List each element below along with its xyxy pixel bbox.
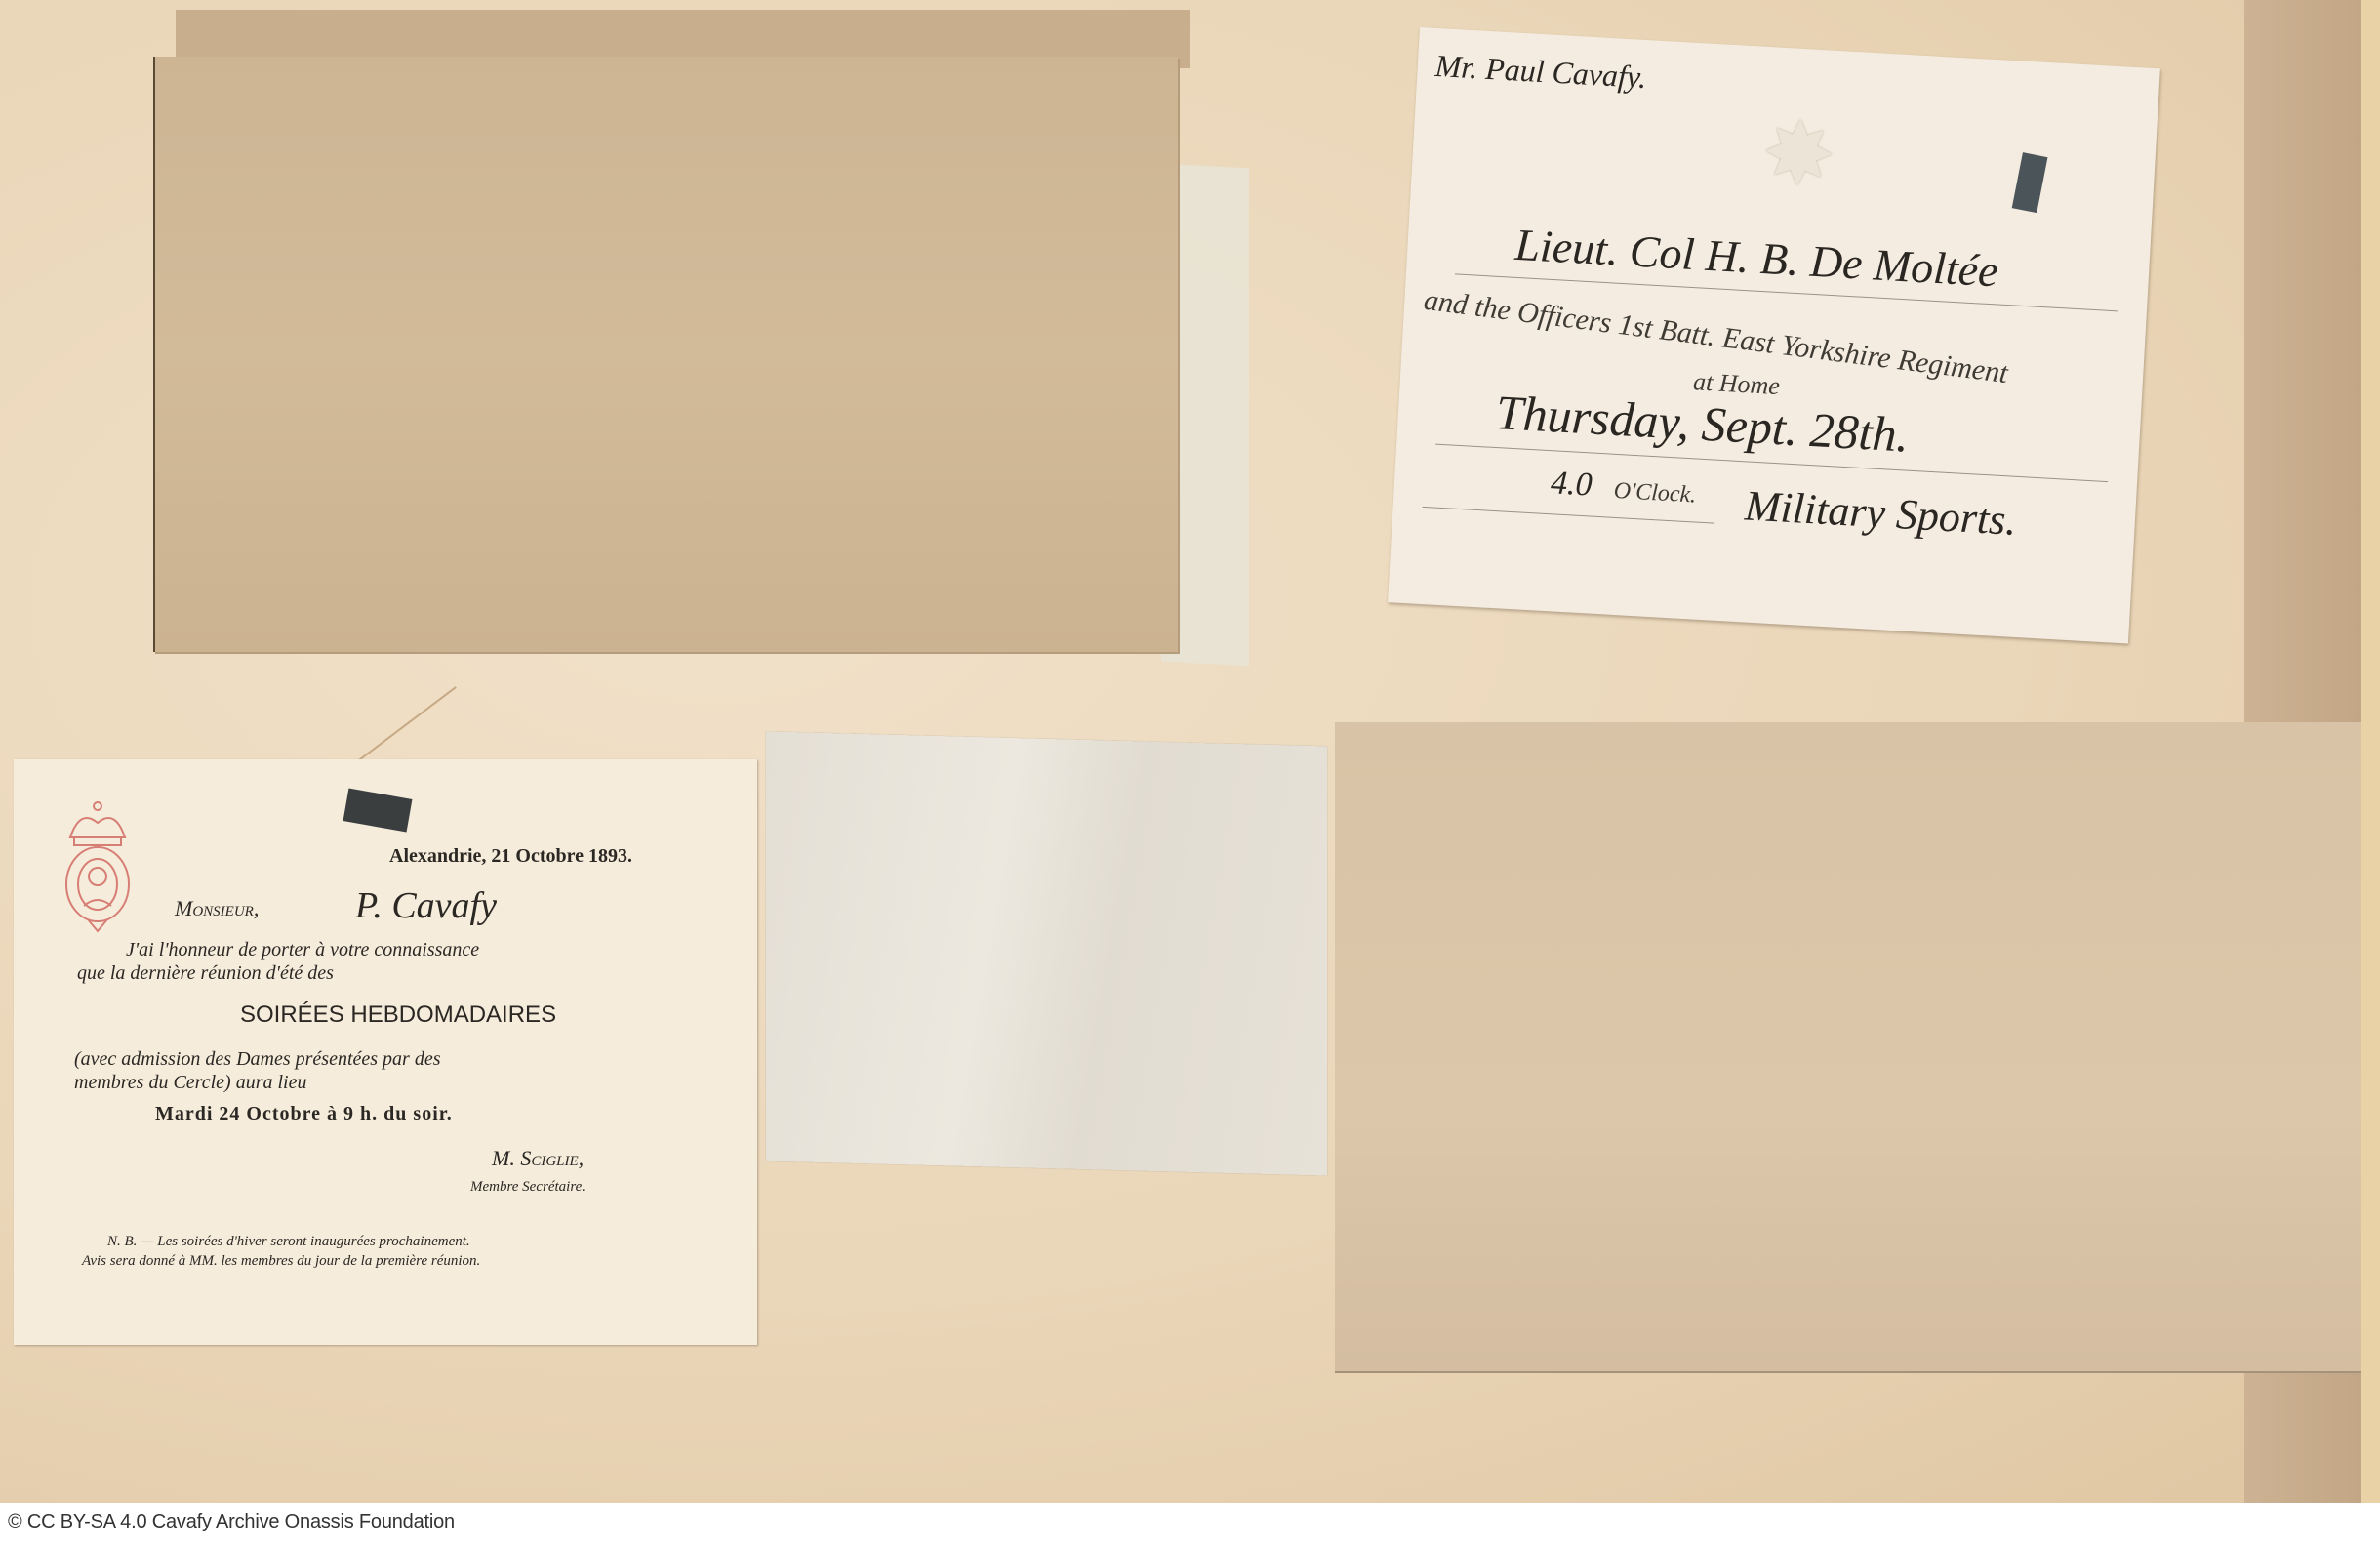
- card-body-line-2: que la dernière réunion d'été des: [77, 962, 334, 985]
- card-heading: SOIRÉES HEBDOMADAIRES: [240, 1001, 556, 1029]
- album-page: Mr. Paul Cavafy. ✸ Lieut. Col H. B. De M…: [0, 0, 2380, 1503]
- card-body-line-3: (avec admission des Dames présentées par…: [74, 1048, 440, 1071]
- tissue-note: [766, 731, 1327, 1175]
- cercle-khedivial-crest-icon: [61, 798, 135, 935]
- card-salutation: Monsieur,: [175, 896, 259, 921]
- mounting-tape: [2012, 152, 2048, 213]
- card-time-number: 4.0: [1550, 465, 1593, 504]
- kraft-envelope-top-left: [153, 57, 1178, 652]
- card-signatory-title: Membre Secrétaire.: [470, 1179, 585, 1196]
- card-handwritten-name: P. Cavafy: [355, 884, 497, 927]
- tan-paper-bottom-right: [1335, 722, 2361, 1371]
- card-time-printed: O'Clock.: [1613, 478, 1697, 509]
- regiment-invitation-card: Mr. Paul Cavafy. ✸ Lieut. Col H. B. De M…: [1388, 27, 2160, 644]
- card-note-line-2: Avis sera donné à MM. les membres du jou…: [82, 1253, 480, 1270]
- card-host: Lieut. Col H. B. De Moltée: [1513, 219, 1999, 298]
- ruled-line: [1423, 507, 1715, 524]
- card-event-datetime: Mardi 24 Octobre à 9 h. du soir.: [155, 1103, 453, 1125]
- mounting-tape: [343, 789, 413, 833]
- card-addressee: Mr. Paul Cavafy.: [1434, 48, 1648, 96]
- card-body-line-1: J'ai l'honneur de porter à votre connais…: [126, 939, 479, 961]
- license-footer: © CC BY-SA 4.0 Cavafy Archive Onassis Fo…: [8, 1511, 455, 1540]
- card-place-date: Alexandrie, 21 Octobre 1893.: [389, 845, 632, 868]
- card-body-line-4: membres du Cercle) aura lieu: [74, 1072, 306, 1094]
- card-note-line-1: N. B. — Les soirées d'hiver seront inaug…: [107, 1234, 470, 1250]
- regimental-star-emblem-icon: ✸: [1748, 104, 1850, 207]
- cercle-khedivial-card: Alexandrie, 21 Octobre 1893. Monsieur, P…: [14, 759, 757, 1345]
- card-signatory: M. Sciglie,: [492, 1146, 584, 1171]
- card-event: Military Sports.: [1744, 480, 2018, 545]
- album-spine-strip: [2361, 0, 2380, 1503]
